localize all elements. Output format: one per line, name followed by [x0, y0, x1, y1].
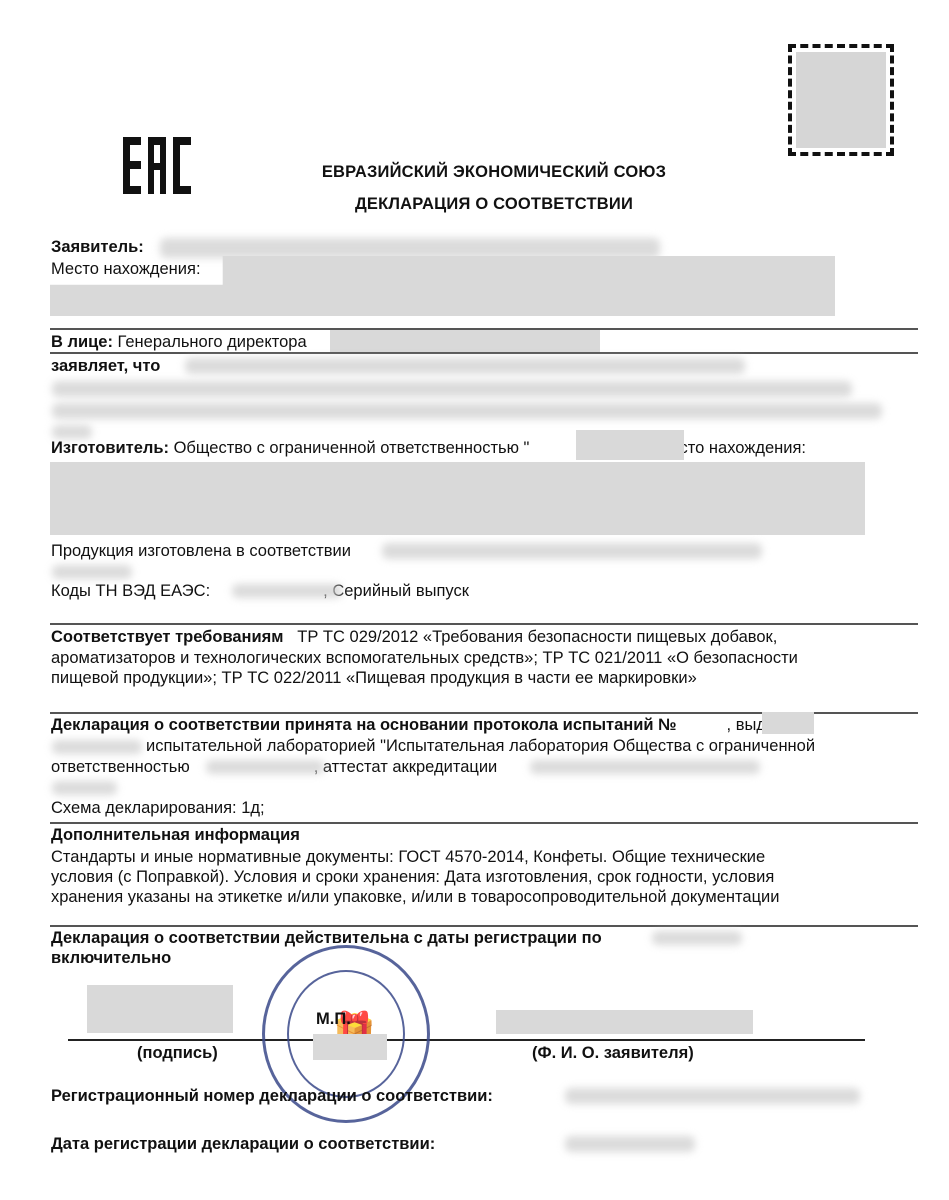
- representative-name-redacted: [330, 330, 600, 352]
- additional-info-label: Дополнительная информация: [51, 824, 300, 846]
- serial-release: , Серийный выпуск: [323, 582, 469, 600]
- basis-label: Декларация о соответствии принята на осн…: [51, 716, 677, 734]
- accreditation-redacted: [52, 781, 117, 795]
- registration-date-label: Дата регистрации декларации о соответств…: [51, 1133, 435, 1155]
- product-description-redacted: [52, 403, 882, 419]
- requirements-line-3: пищевой продукции»; ТР ТС 022/2011 «Пище…: [51, 667, 697, 689]
- divider: [50, 352, 918, 354]
- registration-date-redacted: [565, 1136, 695, 1152]
- additional-line-2: условия (с Поправкой). Условия и сроки х…: [51, 866, 774, 888]
- signature-line: [68, 1039, 865, 1041]
- requirements-label: Соответствует требованиям: [51, 628, 284, 646]
- protocol-number-redacted: [762, 712, 814, 734]
- manufacturer-value: Общество с ограниченной ответственностью…: [174, 439, 530, 457]
- codes-label: Коды ТН ВЭД ЕАЭС:: [51, 582, 210, 600]
- declaration-scheme: Схема декларирования: 1д;: [51, 797, 265, 819]
- stamp-redacted: [313, 1034, 387, 1060]
- union-title: ЕВРАЗИЙСКИЙ ЭКОНОМИЧЕСКИЙ СОЮЗ: [0, 161, 949, 183]
- basis-line-2: испытательной лабораторией "Испытательна…: [146, 735, 815, 757]
- representative-label: В лице:: [51, 333, 113, 351]
- declares-label: заявляет, что: [51, 355, 160, 377]
- product-description-redacted: [185, 358, 745, 374]
- validity-suffix: включительно: [51, 947, 171, 969]
- lab-name-redacted: [206, 760, 324, 774]
- made-in-accordance-label: Продукция изготовлена в соответствии: [51, 540, 351, 562]
- manufacturer-name-redacted: [576, 430, 684, 460]
- document-title: ДЕКЛАРАЦИЯ О СООТВЕТСТВИИ: [0, 193, 949, 215]
- requirements-line-2: ароматизаторов и технологических вспомог…: [51, 647, 798, 669]
- divider: [50, 623, 918, 625]
- accreditation-redacted: [530, 760, 760, 774]
- manufacturer-location-redacted: [50, 462, 865, 535]
- stamp-mark: М.П.: [316, 1008, 351, 1030]
- standard-redacted: [382, 543, 762, 559]
- applicant-location-label: Место нахождения:: [51, 258, 201, 280]
- applicant-name-redacted: [496, 1010, 753, 1034]
- product-description-redacted: [52, 381, 852, 397]
- protocol-date-redacted: [52, 740, 142, 754]
- additional-line-3: хранения указаны на этикетке и/или упако…: [51, 886, 779, 908]
- validity-label: Декларация о соответствии действительна …: [51, 927, 602, 949]
- applicant-name-caption: (Ф. И. О. заявителя): [532, 1042, 694, 1064]
- standard-redacted: [52, 565, 132, 579]
- validity-date-redacted: [652, 931, 742, 945]
- representative-row: В лице: Генерального директора: [51, 331, 307, 353]
- codes-redacted: [232, 584, 342, 598]
- registration-number-label: Регистрационный номер декларации о соотв…: [51, 1085, 493, 1107]
- basis-line-1: Декларация о соответствии принята на осн…: [51, 714, 784, 736]
- applicant-label: Заявитель:: [51, 236, 144, 258]
- representative-value: Генерального директора: [118, 333, 307, 351]
- signature-redacted: [87, 985, 233, 1033]
- additional-line-1: Стандарты и иные нормативные документы: …: [51, 846, 765, 868]
- requirements-line-1: Соответствует требованиям ТР ТС 029/2012…: [51, 626, 777, 648]
- manufacturer-label: Изготовитель:: [51, 439, 169, 457]
- signature-caption: (подпись): [137, 1042, 218, 1064]
- registration-number-redacted: [565, 1088, 860, 1104]
- qr-code-icon: [788, 44, 894, 156]
- applicant-redacted: [160, 238, 660, 258]
- manufacturer-row: Изготовитель: Общество с ограниченной от…: [51, 437, 806, 459]
